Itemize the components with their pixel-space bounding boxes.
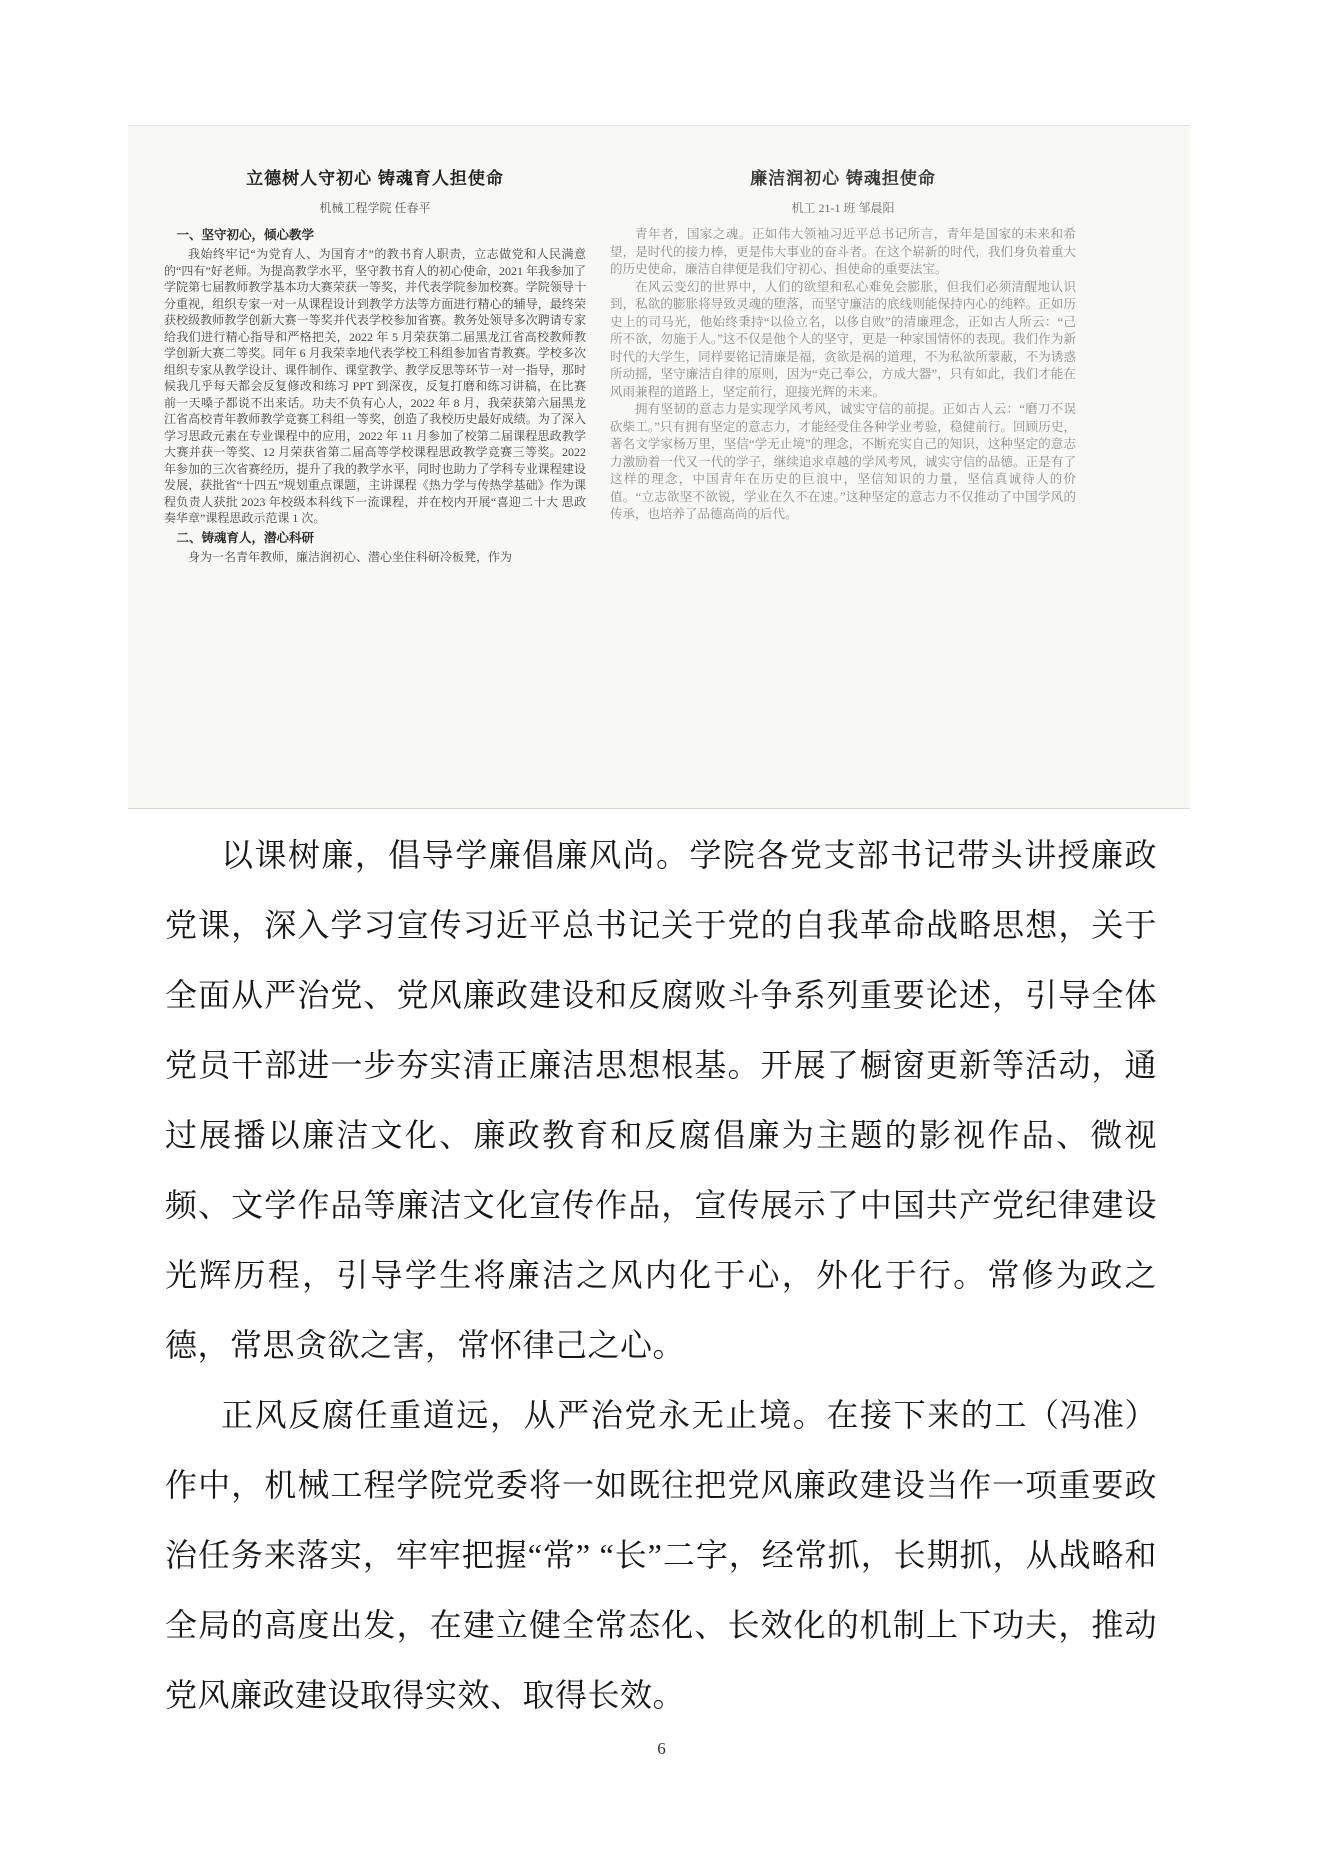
body-paragraph-2: （冯准）正风反腐任重道远，从严治党永无止境。在接下来的工作中，机械工程学院党委将… xyxy=(165,1380,1157,1730)
left-article-section-heading-2: 二、铸魂育人，潜心科研 xyxy=(164,529,586,547)
left-article-byline: 机械工程学院 任春平 xyxy=(164,200,586,216)
scan-left-article: 立德树人守初心 铸魂育人担使命 机械工程学院 任春平 一、坚守初心，倾心教学 我… xyxy=(164,168,586,808)
document-page: 立德树人守初心 铸魂育人担使命 机械工程学院 任春平 一、坚守初心，倾心教学 我… xyxy=(0,0,1323,1871)
body-paragraph-2-text: 正风反腐任重道远，从严治党永无止境。在接下来的工作中，机械工程学院党委将一如既往… xyxy=(165,1397,1157,1713)
document-body: 以课树廉，倡导学廉倡廉风尚。学院各党支部书记带头讲授廉政党课，深入学习宣传习近平… xyxy=(165,820,1157,1730)
right-article-paragraph-2: 在风云变幻的世界中，人们的欲望和私心难免会膨胀，但我们必须清醒地认识到，私欲的膨… xyxy=(610,279,1076,402)
left-article-paragraph-2: 身为一名青年教师，廉洁润初心、潜心坐住科研冷板凳，作为 xyxy=(164,549,586,566)
right-article-paragraph-1: 青年者，国家之魂。正如伟大领袖习近平总书记所言，青年是国家的未来和希望，是时代的… xyxy=(610,226,1076,279)
left-article-paragraph-1: 我始终牢记“为党育人、为国育才”的教书育人职责，立志做党和人民满意的“四有”好老… xyxy=(164,246,586,527)
left-article-title: 立德树人守初心 铸魂育人担使命 xyxy=(164,168,586,190)
embedded-scan-image: 立德树人守初心 铸魂育人担使命 机械工程学院 任春平 一、坚守初心，倾心教学 我… xyxy=(128,125,1190,809)
page-number: 6 xyxy=(0,1738,1323,1760)
right-article-title: 廉洁润初心 铸魂担使命 xyxy=(610,168,1076,190)
body-paragraph-1: 以课树廉，倡导学廉倡廉风尚。学院各党支部书记带头讲授廉政党课，深入学习宣传习近平… xyxy=(165,820,1157,1380)
left-article-section-heading-1: 一、坚守初心，倾心教学 xyxy=(164,226,586,244)
right-article-paragraph-3: 拥有坚韧的意志力是实现学风考风，诚实守信的前提。正如古人云：“磨刀不误砍柴工。”… xyxy=(610,401,1076,524)
scan-right-article: 廉洁润初心 铸魂担使命 机工 21-1 班 邹晨阳 青年者，国家之魂。正如伟大领… xyxy=(610,168,1076,808)
right-article-byline: 机工 21-1 班 邹晨阳 xyxy=(610,200,1076,216)
author-signature: （冯准） xyxy=(1027,1380,1157,1450)
